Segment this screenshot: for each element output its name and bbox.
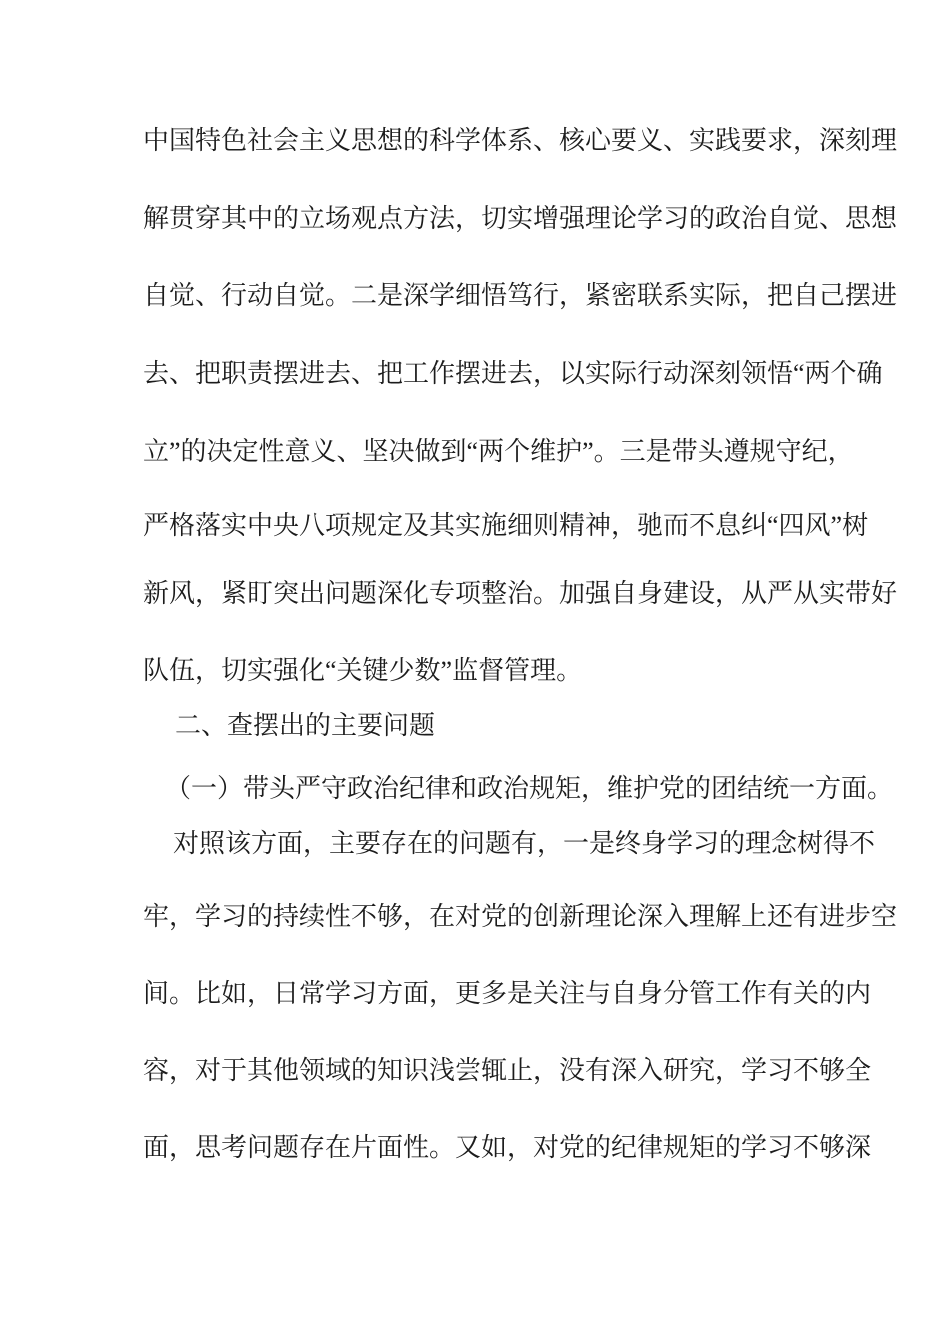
text-line: 新风，紧盯突出问题深化专项整治。加强自身建设，从严从实带好 [143, 579, 911, 609]
text-line: 对照该方面，主要存在的问题有，一是终身学习的理念树得不 [143, 829, 941, 859]
text-line: 队伍，切实强化“关键少数”监督管理。 [143, 656, 911, 686]
text-line: 立”的决定性意义、坚决做到“两个维护”。三是带头遵规守纪， [143, 437, 911, 467]
text-line: 严格落实中央八项规定及其实施细则精神，驰而不息纠“四风”树 [143, 511, 911, 541]
section-heading: 二、查摆出的主要问题 [143, 711, 943, 741]
text-line: 面，思考问题存在片面性。又如，对党的纪律规矩的学习不够深 [143, 1133, 911, 1163]
document-page: 中国特色社会主义思想的科学体系、核心要义、实践要求，深刻理 解贯穿其中的立场观点… [0, 0, 950, 1344]
text-line: 去、把职责摆进去、把工作摆进去，以实际行动深刻领悟“两个确 [143, 359, 911, 389]
text-line: 自觉、行动自觉。二是深学细悟笃行，紧密联系实际，把自己摆进 [143, 281, 911, 311]
text-line: 牢，学习的持续性不够，在对党的创新理论深入理解上还有进步空 [143, 902, 911, 932]
text-line: 解贯穿其中的立场观点方法，切实增强理论学习的政治自觉、思想 [143, 204, 911, 234]
text-line: 中国特色社会主义思想的科学体系、核心要义、实践要求，深刻理 [143, 126, 911, 156]
text-line: 间。比如，日常学习方面，更多是关注与自身分管工作有关的内 [143, 979, 911, 1009]
subsection-heading: （一）带头严守政治纪律和政治规矩，维护党的团结统一方面。 [143, 774, 933, 804]
text-line: 容，对于其他领域的知识浅尝辄止，没有深入研究，学习不够全 [143, 1056, 911, 1086]
